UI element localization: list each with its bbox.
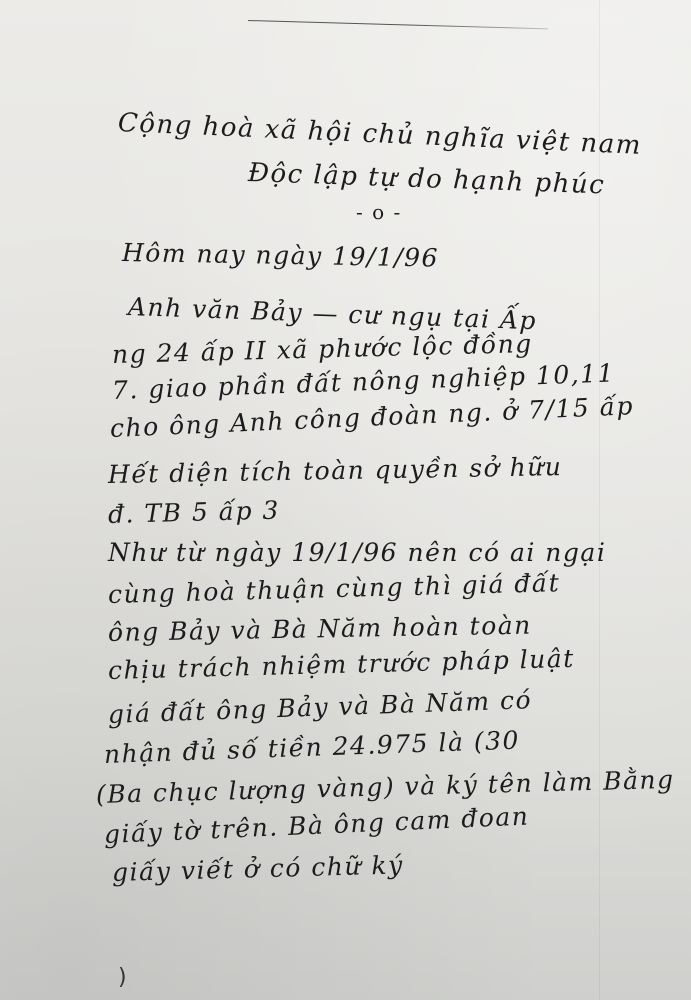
- body-line-15: giấy viết ở có chữ ký: [112, 850, 404, 887]
- body-line-14: giấy tờ trên. Bà ông cam đoan: [103, 801, 530, 849]
- header-separator: - o -: [356, 200, 402, 224]
- body-line-1: Anh văn Bảy — cư ngụ tại Ấp: [127, 292, 537, 335]
- body-line-12: nhận đủ số tiền 24.975 là (30: [103, 725, 520, 769]
- header-line-1: Cộng hoà xã hội chủ nghĩa việt nam: [117, 108, 642, 161]
- body-line-5: Hết diện tích toàn quyền sở hữu: [108, 452, 563, 489]
- body-line-10: chịu trách nhiệm trước pháp luật: [108, 644, 575, 685]
- body-line-7: Như từ ngày 19/1/96 nên có ai ngại: [108, 538, 606, 567]
- body-line-11: giá đất ông Bảy và Bà Năm có: [107, 685, 532, 729]
- bottom-mark: ): [118, 965, 127, 990]
- body-line-13: (Ba chục lượng vàng) và ký tên làm Bằng: [96, 765, 675, 809]
- date-line-text: Hôm nay ngày 19/1/96: [122, 238, 440, 273]
- body-line-6: đ. TB 5 ấp 3: [108, 496, 281, 529]
- body-line-8: cùng hoà thuận cùng thì giá đất: [108, 568, 561, 609]
- header-line-2: Độc lập tự do hạnh phúc: [247, 158, 605, 200]
- body-line-9: ông Bảy và Bà Năm hoàn toàn: [108, 611, 532, 647]
- top-rule-line: [248, 20, 548, 29]
